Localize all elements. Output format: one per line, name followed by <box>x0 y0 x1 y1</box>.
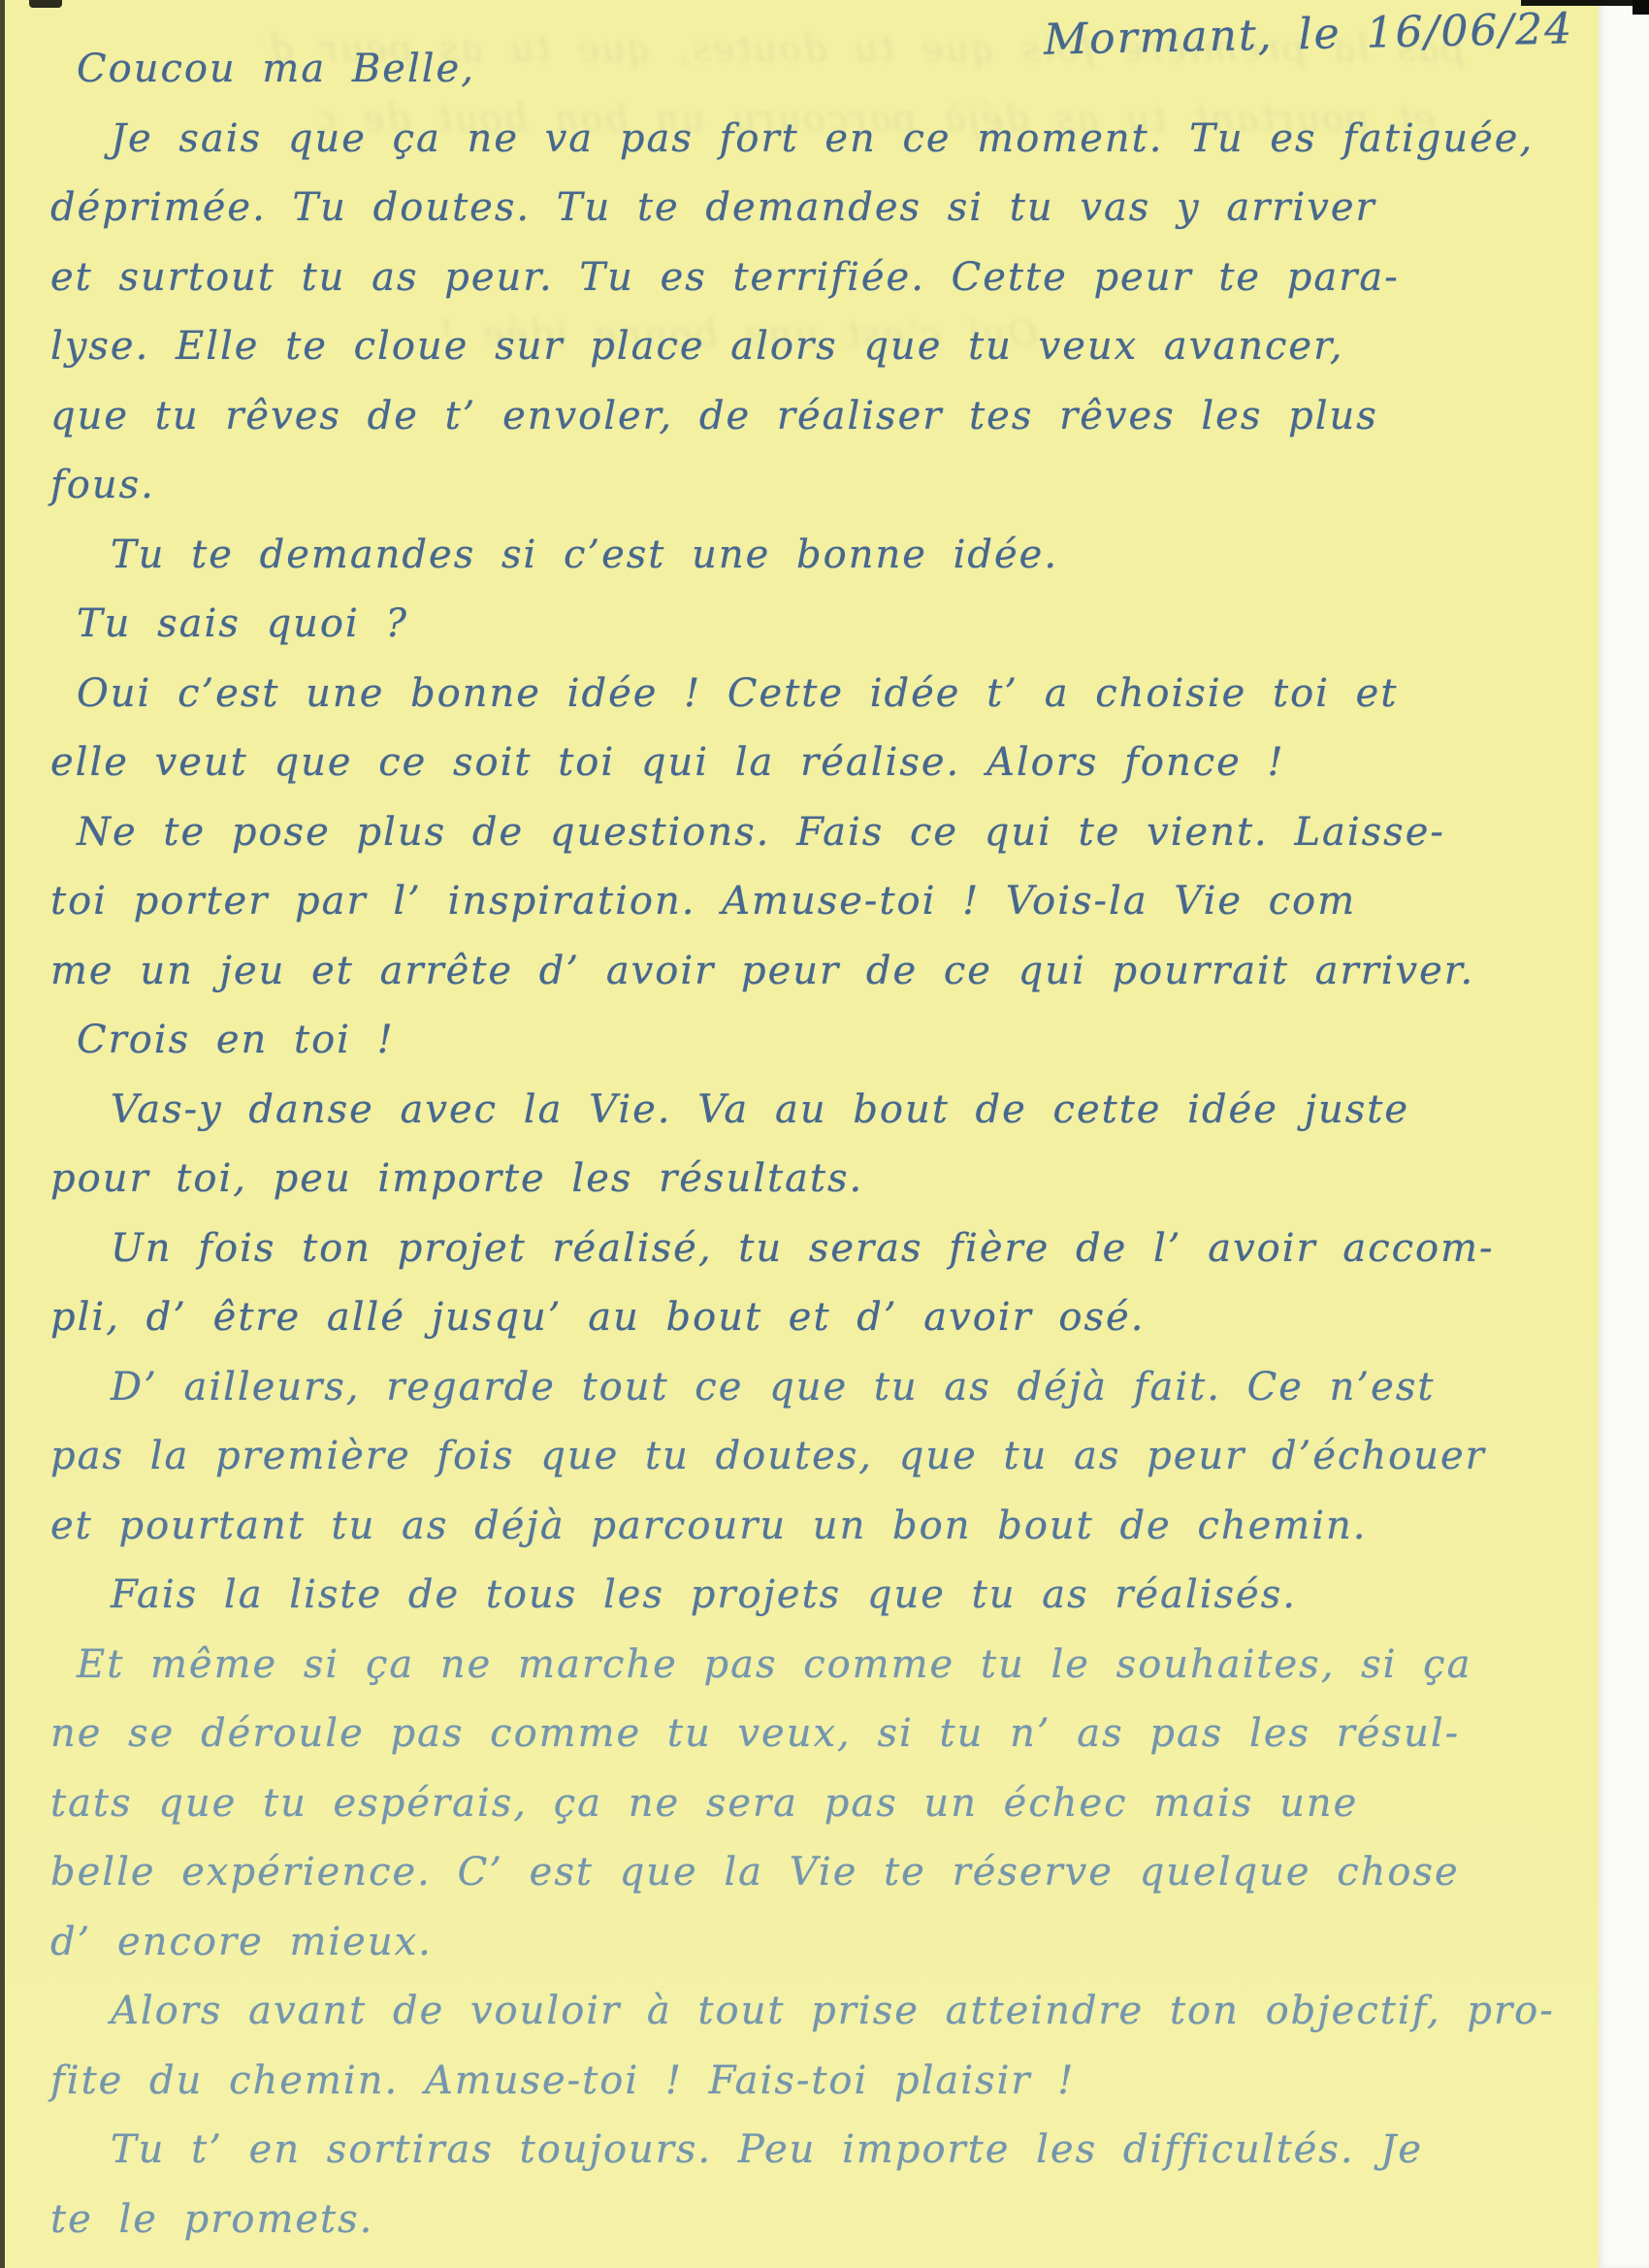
letter-line: belle expérience. C’ est que la Vie te r… <box>50 1838 1581 1908</box>
scanned-letter-page: pas la première fois que tu doutes, que … <box>0 0 1649 2268</box>
letter-body: Coucou ma Belle, Je sais que ça ne va pa… <box>23 35 1581 2254</box>
letter-line: te le promets. <box>50 2186 1581 2255</box>
letter-line: Fais la liste de tous les projets que tu… <box>111 1561 1581 1631</box>
letter-line: D’ ailleurs, regarde tout ce que tu as d… <box>111 1353 1581 1423</box>
letter-line: Tu te demandes si c’est une bonne idée. <box>111 521 1581 591</box>
letter-line: Je sais que ça ne va pas fort en ce mome… <box>111 105 1581 175</box>
letter-line: déprimée. Tu doutes. Tu te demandes si t… <box>50 174 1581 243</box>
letter-line: fous. <box>50 451 1581 521</box>
letter-line: lyse. Elle te cloue sur place alors que … <box>50 312 1581 382</box>
scan-edge-left <box>0 0 5 2268</box>
letter-line: fite du chemin. Amuse-toi ! Fais-toi pla… <box>50 2047 1581 2117</box>
letter-line: pli, d’ être allé jusqu’ au bout et d’ a… <box>50 1283 1581 1353</box>
letter-line: ne se déroule pas comme tu veux, si tu n… <box>50 1700 1581 1769</box>
letter-line: Alors avant de vouloir à tout prise atte… <box>111 1977 1581 2047</box>
letter-line: elle veut que ce soit toi qui la réalise… <box>50 729 1581 798</box>
scan-corner-mark <box>1633 0 1649 15</box>
scan-edge-mark <box>29 0 62 8</box>
letter-line: Tu t’ en sortiras toujours. Peu importe … <box>111 2116 1581 2186</box>
letter-line: pour toi, peu importe les résultats. <box>50 1145 1581 1215</box>
letter-line: et pourtant tu as déjà parcouru un bon b… <box>50 1492 1581 1562</box>
letter-line: Et même si ça ne marche pas comme tu le … <box>77 1631 1581 1701</box>
letter-line: d’ encore mieux. <box>50 1908 1581 1978</box>
letter-line: tats que tu espérais, ça ne sera pas un … <box>50 1769 1581 1839</box>
letter-line: toi porter par l’ inspiration. Amuse-toi… <box>50 867 1581 937</box>
letter-line: Crois en toi ! <box>77 1006 1581 1076</box>
letter-line: Un fois ton projet réalisé, tu seras fiè… <box>111 1215 1581 1284</box>
letter-line: que tu rêves de t’ envoler, de réaliser … <box>50 382 1581 452</box>
letter-line: me un jeu et arrête d’ avoir peur de ce … <box>50 937 1581 1007</box>
letter-line: et surtout tu as peur. Tu es terrifiée. … <box>50 243 1581 313</box>
letter-line: Vas-y danse avec la Vie. Va au bout de c… <box>111 1076 1581 1146</box>
letter-salutation: Coucou ma Belle, <box>77 35 1581 105</box>
letter-line: pas la première fois que tu doutes, que … <box>50 1422 1581 1492</box>
letter-line: Ne te pose plus de questions. Fais ce qu… <box>77 798 1581 868</box>
letter-line: Oui c’est une bonne idée ! Cette idée t’… <box>77 660 1581 729</box>
scanner-white-band <box>1599 0 1649 2268</box>
letter-line: Tu sais quoi ? <box>77 590 1581 660</box>
